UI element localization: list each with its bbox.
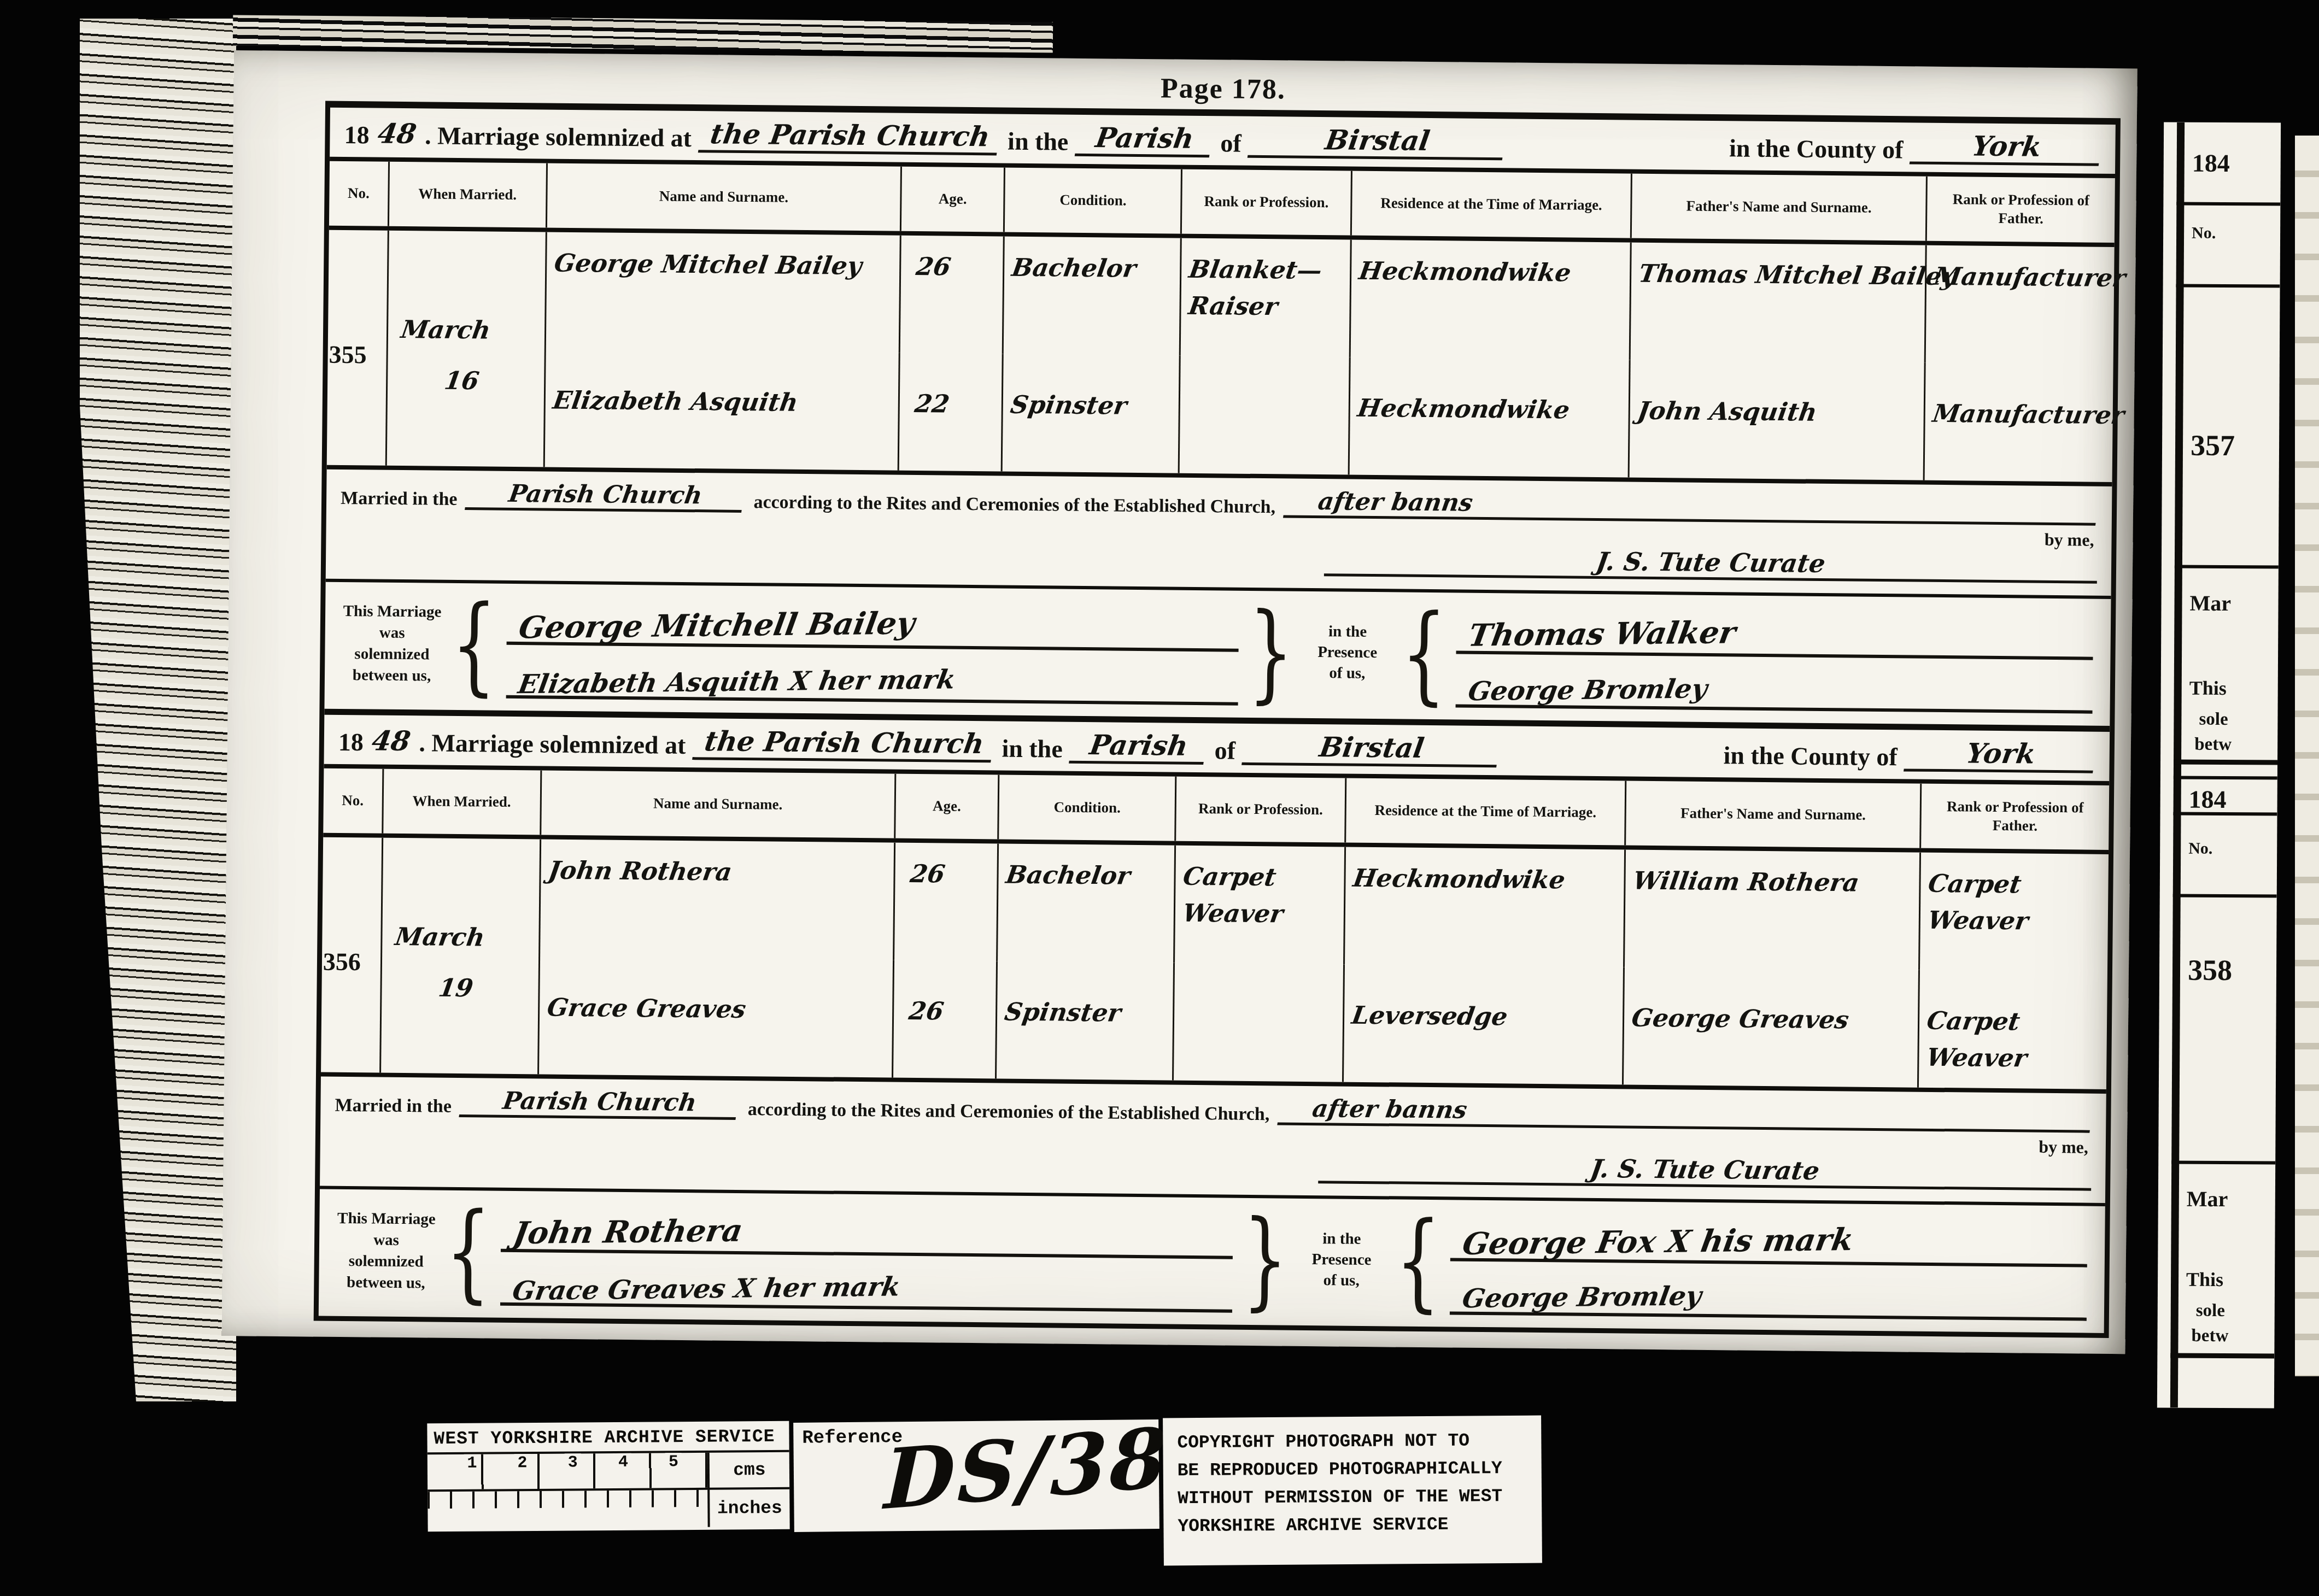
groom-signature-line: John Rothera xyxy=(501,1199,1233,1259)
when-married-cell: March 16 xyxy=(386,231,547,467)
presence-label: in the Presence of us, xyxy=(1291,1229,1392,1292)
this-marriage-label: This Marriage was solemnized between us, xyxy=(330,1208,442,1295)
when-married-month: March xyxy=(393,922,533,952)
col-no: No. xyxy=(323,768,384,834)
officiant-signature-line: J. S. Tute Curate xyxy=(1318,1151,2092,1191)
couple-signatures: George Mitchell Bailey Elizabeth Asquith… xyxy=(499,591,1245,706)
bride-residence: Leversedge xyxy=(1350,1001,1509,1031)
bride-age-cell: 22 xyxy=(899,353,1004,472)
fragment-this-marriage: This xyxy=(2186,1268,2223,1291)
copyright-line: COPYRIGHT PHOTOGRAPH NOT TO xyxy=(1177,1427,1538,1457)
archive-scale-label: WEST YORKSHIRE ARCHIVE SERVICE 1 2 3 4 5… xyxy=(427,1421,789,1532)
brace-presence-right: { xyxy=(1401,606,1447,702)
fragment-rule xyxy=(2176,284,2280,288)
couple-signatures: John Rothera Grace Greaves X her mark xyxy=(494,1199,1240,1313)
ruler-number: 2 xyxy=(514,1454,530,1472)
when-married-cell: March 19 xyxy=(381,838,541,1075)
bride-signature-line: Grace Greaves X her mark xyxy=(500,1252,1233,1313)
col-father: Father's Name and Surname. xyxy=(1632,174,1928,241)
bride-rank-cell xyxy=(1180,356,1350,475)
col-condition: Condition. xyxy=(999,775,1177,841)
witness-signatures: Thomas Walker George Bromley xyxy=(1449,600,2100,713)
bride-father-cell: George Greaves xyxy=(1624,967,1920,1088)
col-no: No. xyxy=(329,161,390,226)
brace-left: { xyxy=(451,596,497,693)
fragment-rule xyxy=(2171,1161,2275,1165)
county-handwritten: York xyxy=(1904,736,2098,773)
witness1-signature: George Fox X his mark xyxy=(1460,1222,1857,1262)
ruler-number: 1 xyxy=(464,1454,480,1473)
bride-residence-cell: Heckmondwike xyxy=(1349,357,1631,478)
of-label: of xyxy=(1220,128,1242,157)
reference-label-box: Reference DS/38 xyxy=(793,1419,1159,1532)
county-label: in the County of xyxy=(1729,133,1904,164)
in-the-label: in the xyxy=(1008,127,1069,156)
fragment-no-label: No. xyxy=(2188,840,2212,858)
groom-father-rank-line1: Manufacturer xyxy=(1932,262,2109,292)
marriage-record-355: 18 48 . Marriage solemnized at the Paris… xyxy=(324,108,2115,726)
col-rank: Rank or Profession. xyxy=(1176,777,1346,843)
groom-residence: Heckmondwike xyxy=(1351,864,1567,895)
marriage-register-table: 18 48 . Marriage solemnized at the Paris… xyxy=(314,101,2121,1338)
bride-signature: Grace Greaves X her mark xyxy=(510,1271,903,1306)
fragment-record-358: 358 xyxy=(2188,953,2232,987)
fragment-record-357: 357 xyxy=(2191,429,2235,462)
bride-father-name: George Greaves xyxy=(1630,1004,1852,1035)
groom-rank-line1: Blanket— xyxy=(1187,255,1344,285)
fragment-married-label: Mar xyxy=(2189,590,2231,616)
bride-condition: Spinster xyxy=(1009,390,1129,420)
bride-father-name: John Asquith xyxy=(1636,396,1819,427)
brace-presence-left: } xyxy=(1242,1211,1288,1307)
officiant-signature-line: J. S. Tute Curate xyxy=(1324,544,2098,584)
groom-name-cell: John Rothera xyxy=(540,839,895,960)
when-married-day: 16 xyxy=(442,366,538,396)
far-right-page-edge xyxy=(2295,136,2319,1376)
solemnized-label: . Marriage solemnized at xyxy=(425,121,692,152)
fragment-between: betw xyxy=(2191,1326,2228,1346)
witness2-signature-line: George Bromley xyxy=(1450,1261,2087,1321)
by-me-label: by me, xyxy=(2045,530,2094,550)
copyright-line: BE REPRODUCED PHOTOGRAPHICALLY xyxy=(1178,1454,1538,1485)
register-page: Page 178. 18 48 . Marriage solemnized at… xyxy=(221,50,2137,1354)
ruler-number: 3 xyxy=(565,1453,581,1472)
groom-age: 26 xyxy=(914,252,953,281)
col-condition: Condition. xyxy=(1005,168,1182,234)
groom-age: 26 xyxy=(909,859,947,889)
fragment-no-label: No. xyxy=(2192,224,2216,243)
when-married-day: 19 xyxy=(436,973,532,1004)
county-label: in the County of xyxy=(1723,741,1898,771)
bride-father-cell: John Asquith xyxy=(1630,360,1926,480)
parish-name-handwritten: Birstal xyxy=(1248,123,1508,160)
groom-condition: Bachelor xyxy=(1004,860,1133,890)
record-355-entries: 355 March 16 George Mitchel Bailey 26 Ba… xyxy=(327,230,2115,486)
officiant-signature: J. S. Tute Curate xyxy=(1588,1154,1822,1186)
groom-condition: Bachelor xyxy=(1010,253,1139,283)
groom-father-name: William Rothera xyxy=(1631,866,1861,897)
ruler: 1 2 3 4 5 cms inches xyxy=(428,1452,790,1529)
groom-father-rank-line1: Carpet xyxy=(1926,869,2103,900)
of-label: of xyxy=(1215,736,1236,765)
col-father-rank: Rank or Profession of Father. xyxy=(1921,784,2109,850)
groom-residence-cell: Heckmondwike xyxy=(1345,847,1626,967)
ruler-number: 5 xyxy=(665,1453,682,1471)
bride-condition: Spinster xyxy=(1003,997,1123,1028)
brace-presence-right: { xyxy=(1395,1213,1441,1309)
brace-left: { xyxy=(445,1204,491,1300)
groom-father-name: Thomas Mitchel Bailey xyxy=(1637,259,1958,291)
county-handwritten: York xyxy=(1910,130,2104,166)
book-page-edges xyxy=(80,19,236,1401)
groom-name: John Rothera xyxy=(546,856,734,887)
groom-rank-cell: Blanket— Raiser xyxy=(1181,238,1351,357)
next-page-fragment: 184 No. 357 Mar This sole betw 184 No. 3… xyxy=(2157,122,2281,1408)
groom-signature: John Rothera xyxy=(511,1213,745,1252)
groom-signature-line: George Mitchell Bailey xyxy=(506,591,1239,652)
witness2-signature: George Bromley xyxy=(1460,1281,1704,1314)
groom-rank-line2: Raiser xyxy=(1187,291,1344,322)
year-handwritten: 48 xyxy=(376,118,418,150)
ruler-unit-inches: inches xyxy=(707,1489,789,1527)
bride-father-rank-cell: Manufacturer xyxy=(1925,363,2113,482)
marriage-record-356: 18 48 . Marriage solemnized at the Paris… xyxy=(319,709,2110,1333)
fragment-rule xyxy=(2174,760,2277,765)
place-handwritten: the Parish Church xyxy=(698,118,1002,155)
bride-name: Grace Greaves xyxy=(545,993,748,1024)
col-rank: Rank or Profession. xyxy=(1182,169,1352,236)
col-father-rank: Rank or Profession of Father. xyxy=(1927,177,2115,243)
groom-name: George Mitchel Bailey xyxy=(552,249,864,280)
bride-father-rank-cell: Carpet Weaver xyxy=(1919,970,2107,1089)
married-in-the-label: Married in the xyxy=(341,488,458,510)
record-355-married-in: Married in the Parish Church according t… xyxy=(326,470,2112,599)
brace-presence-left: } xyxy=(1248,604,1294,700)
fragment-between: betw xyxy=(2194,735,2232,755)
groom-father-rank-line2: Weaver xyxy=(1926,906,2103,936)
parish-handwritten: Parish xyxy=(1075,121,1215,157)
groom-condition-cell: Bachelor xyxy=(1004,237,1182,356)
year-prefix: 18 xyxy=(344,120,370,149)
scanned-marriage-register-photo: Page 178. 18 48 . Marriage solemnized at… xyxy=(0,0,2319,1596)
witness1-signature-line: Thomas Walker xyxy=(1456,601,2093,660)
ruler-inch-scale xyxy=(428,1490,707,1529)
record-356-signatures: This Marriage was solemnized between us,… xyxy=(319,1189,2105,1333)
fragment-rule xyxy=(2173,894,2277,898)
when-married-month: March xyxy=(399,315,539,345)
groom-father-cell: Thomas Mitchel Bailey xyxy=(1631,243,1927,363)
bride-rank-cell xyxy=(1174,963,1344,1082)
archive-service-title: WEST YORKSHIRE ARCHIVE SERVICE xyxy=(427,1421,789,1455)
bride-age: 22 xyxy=(913,389,952,419)
next-page-border xyxy=(2170,122,2281,1409)
ruler-cm-scale: 1 2 3 4 5 xyxy=(428,1453,707,1492)
col-age: Age. xyxy=(901,167,1006,232)
place-handwritten: the Parish Church xyxy=(692,725,996,762)
fragment-rule xyxy=(2174,776,2277,780)
witness2-signature-line: George Bromley xyxy=(1456,654,2093,714)
col-when-married: When Married. xyxy=(389,162,548,228)
fragment-rule xyxy=(2170,1353,2274,1359)
record-number: 356 xyxy=(321,837,383,1073)
bride-age: 26 xyxy=(907,996,946,1026)
fragment-this-marriage: This xyxy=(2189,677,2227,700)
record-356-married-in: Married in the Parish Church according t… xyxy=(320,1077,2106,1206)
bride-signature: Elizabeth Asquith X her mark xyxy=(516,664,958,700)
col-name-surname: Name and Surname. xyxy=(547,163,902,231)
fragment-year: 184 xyxy=(2189,785,2227,814)
by-me-label: by me, xyxy=(2039,1137,2088,1158)
groom-father-rank-cell: Manufacturer xyxy=(1926,245,2115,365)
record-356-entries: 356 March 19 John Rothera 26 Bachelor Ca… xyxy=(321,837,2109,1094)
groom-rank-cell: Carpet Weaver xyxy=(1175,846,1346,965)
fragment-rule xyxy=(2175,565,2279,569)
book-top-page-edges xyxy=(233,15,1053,52)
fragment-year: 184 xyxy=(2192,149,2230,178)
col-father: Father's Name and Surname. xyxy=(1626,781,1922,848)
bride-residence: Heckmondwike xyxy=(1356,394,1572,425)
bride-name-cell: Grace Greaves xyxy=(539,957,894,1077)
copyright-line: YORKSHIRE ARCHIVE SERVICE xyxy=(1178,1510,1538,1541)
groom-rank-line2: Weaver xyxy=(1181,899,1338,929)
officiant-signature: J. S. Tute Curate xyxy=(1594,547,1828,578)
ruler-number: 4 xyxy=(615,1453,631,1472)
fragment-solemnized: sole xyxy=(2196,1301,2225,1321)
groom-rank-line1: Carpet xyxy=(1181,862,1338,893)
bride-condition-cell: Spinster xyxy=(1003,354,1181,473)
fragment-married-label: Mar xyxy=(2187,1186,2228,1212)
bride-signature-line: Elizabeth Asquith X her mark xyxy=(506,645,1238,706)
in-the-label: in the xyxy=(1002,734,1063,764)
copyright-line: WITHOUT PERMISSION OF THE WEST xyxy=(1178,1482,1538,1513)
col-age: Age. xyxy=(895,774,1000,840)
witness2-signature: George Bromley xyxy=(1466,673,1710,707)
bride-residence-cell: Leversedge xyxy=(1344,965,1625,1085)
parish-name-handwritten: Birstal xyxy=(1242,730,1502,767)
groom-father-rank-line2 xyxy=(1934,298,2106,300)
record-number: 355 xyxy=(327,230,389,466)
year-prefix: 18 xyxy=(338,727,364,756)
groom-age-cell: 26 xyxy=(894,843,999,961)
col-name-surname: Name and Surname. xyxy=(541,770,896,838)
married-in-the-label: Married in the xyxy=(335,1095,452,1117)
parish-handwritten: Parish xyxy=(1069,729,1209,765)
this-marriage-label: This Marriage was solemnized between us, xyxy=(336,601,448,688)
married-church-handwritten: Parish Church xyxy=(465,479,746,513)
witness1-signature: Thomas Walker xyxy=(1466,614,1738,653)
copyright-notice: COPYRIGHT PHOTOGRAPH NOT TO BE REPRODUCE… xyxy=(1163,1416,1542,1566)
groom-residence-cell: Heckmondwike xyxy=(1350,240,1632,360)
year-handwritten: 48 xyxy=(370,725,412,758)
bride-father-rank-line1: Carpet xyxy=(1925,1006,2101,1037)
bride-name: Elizabeth Asquith xyxy=(551,386,800,417)
col-residence: Residence at the Time of Marriage. xyxy=(1352,171,1633,238)
bride-condition-cell: Spinster xyxy=(997,961,1175,1080)
col-when-married: When Married. xyxy=(383,769,542,835)
groom-condition-cell: Bachelor xyxy=(998,844,1176,963)
married-church-handwritten: Parish Church xyxy=(459,1087,740,1120)
bride-father-rank: Manufacturer xyxy=(1931,399,2127,430)
solemnized-label: . Marriage solemnized at xyxy=(419,728,686,760)
record-355-signatures: This Marriage was solemnized between us,… xyxy=(324,582,2111,726)
groom-father-rank-cell: Carpet Weaver xyxy=(1920,853,2109,972)
fragment-solemnized: sole xyxy=(2199,709,2228,730)
reference-value-handwritten: DS/38 xyxy=(883,1409,1170,1528)
bride-age-cell: 26 xyxy=(893,960,998,1079)
bride-name-cell: Elizabeth Asquith xyxy=(544,350,900,471)
groom-name-cell: George Mitchel Bailey xyxy=(546,232,901,353)
groom-father-cell: William Rothera xyxy=(1625,850,1921,970)
ruler-unit-cms: cms xyxy=(707,1452,789,1490)
groom-residence: Heckmondwike xyxy=(1357,256,1573,287)
witness1-signature-line: George Fox X his mark xyxy=(1450,1207,2087,1267)
groom-age-cell: 26 xyxy=(900,236,1005,354)
groom-signature: George Mitchell Bailey xyxy=(516,606,917,646)
fragment-rule xyxy=(2176,202,2280,206)
bride-father-rank-line2: Weaver xyxy=(1924,1043,2101,1073)
presence-label: in the Presence of us, xyxy=(1297,621,1398,684)
col-residence: Residence at the Time of Marriage. xyxy=(1346,778,1627,846)
witness-signatures: George Fox X his mark George Bromley xyxy=(1443,1207,2094,1321)
